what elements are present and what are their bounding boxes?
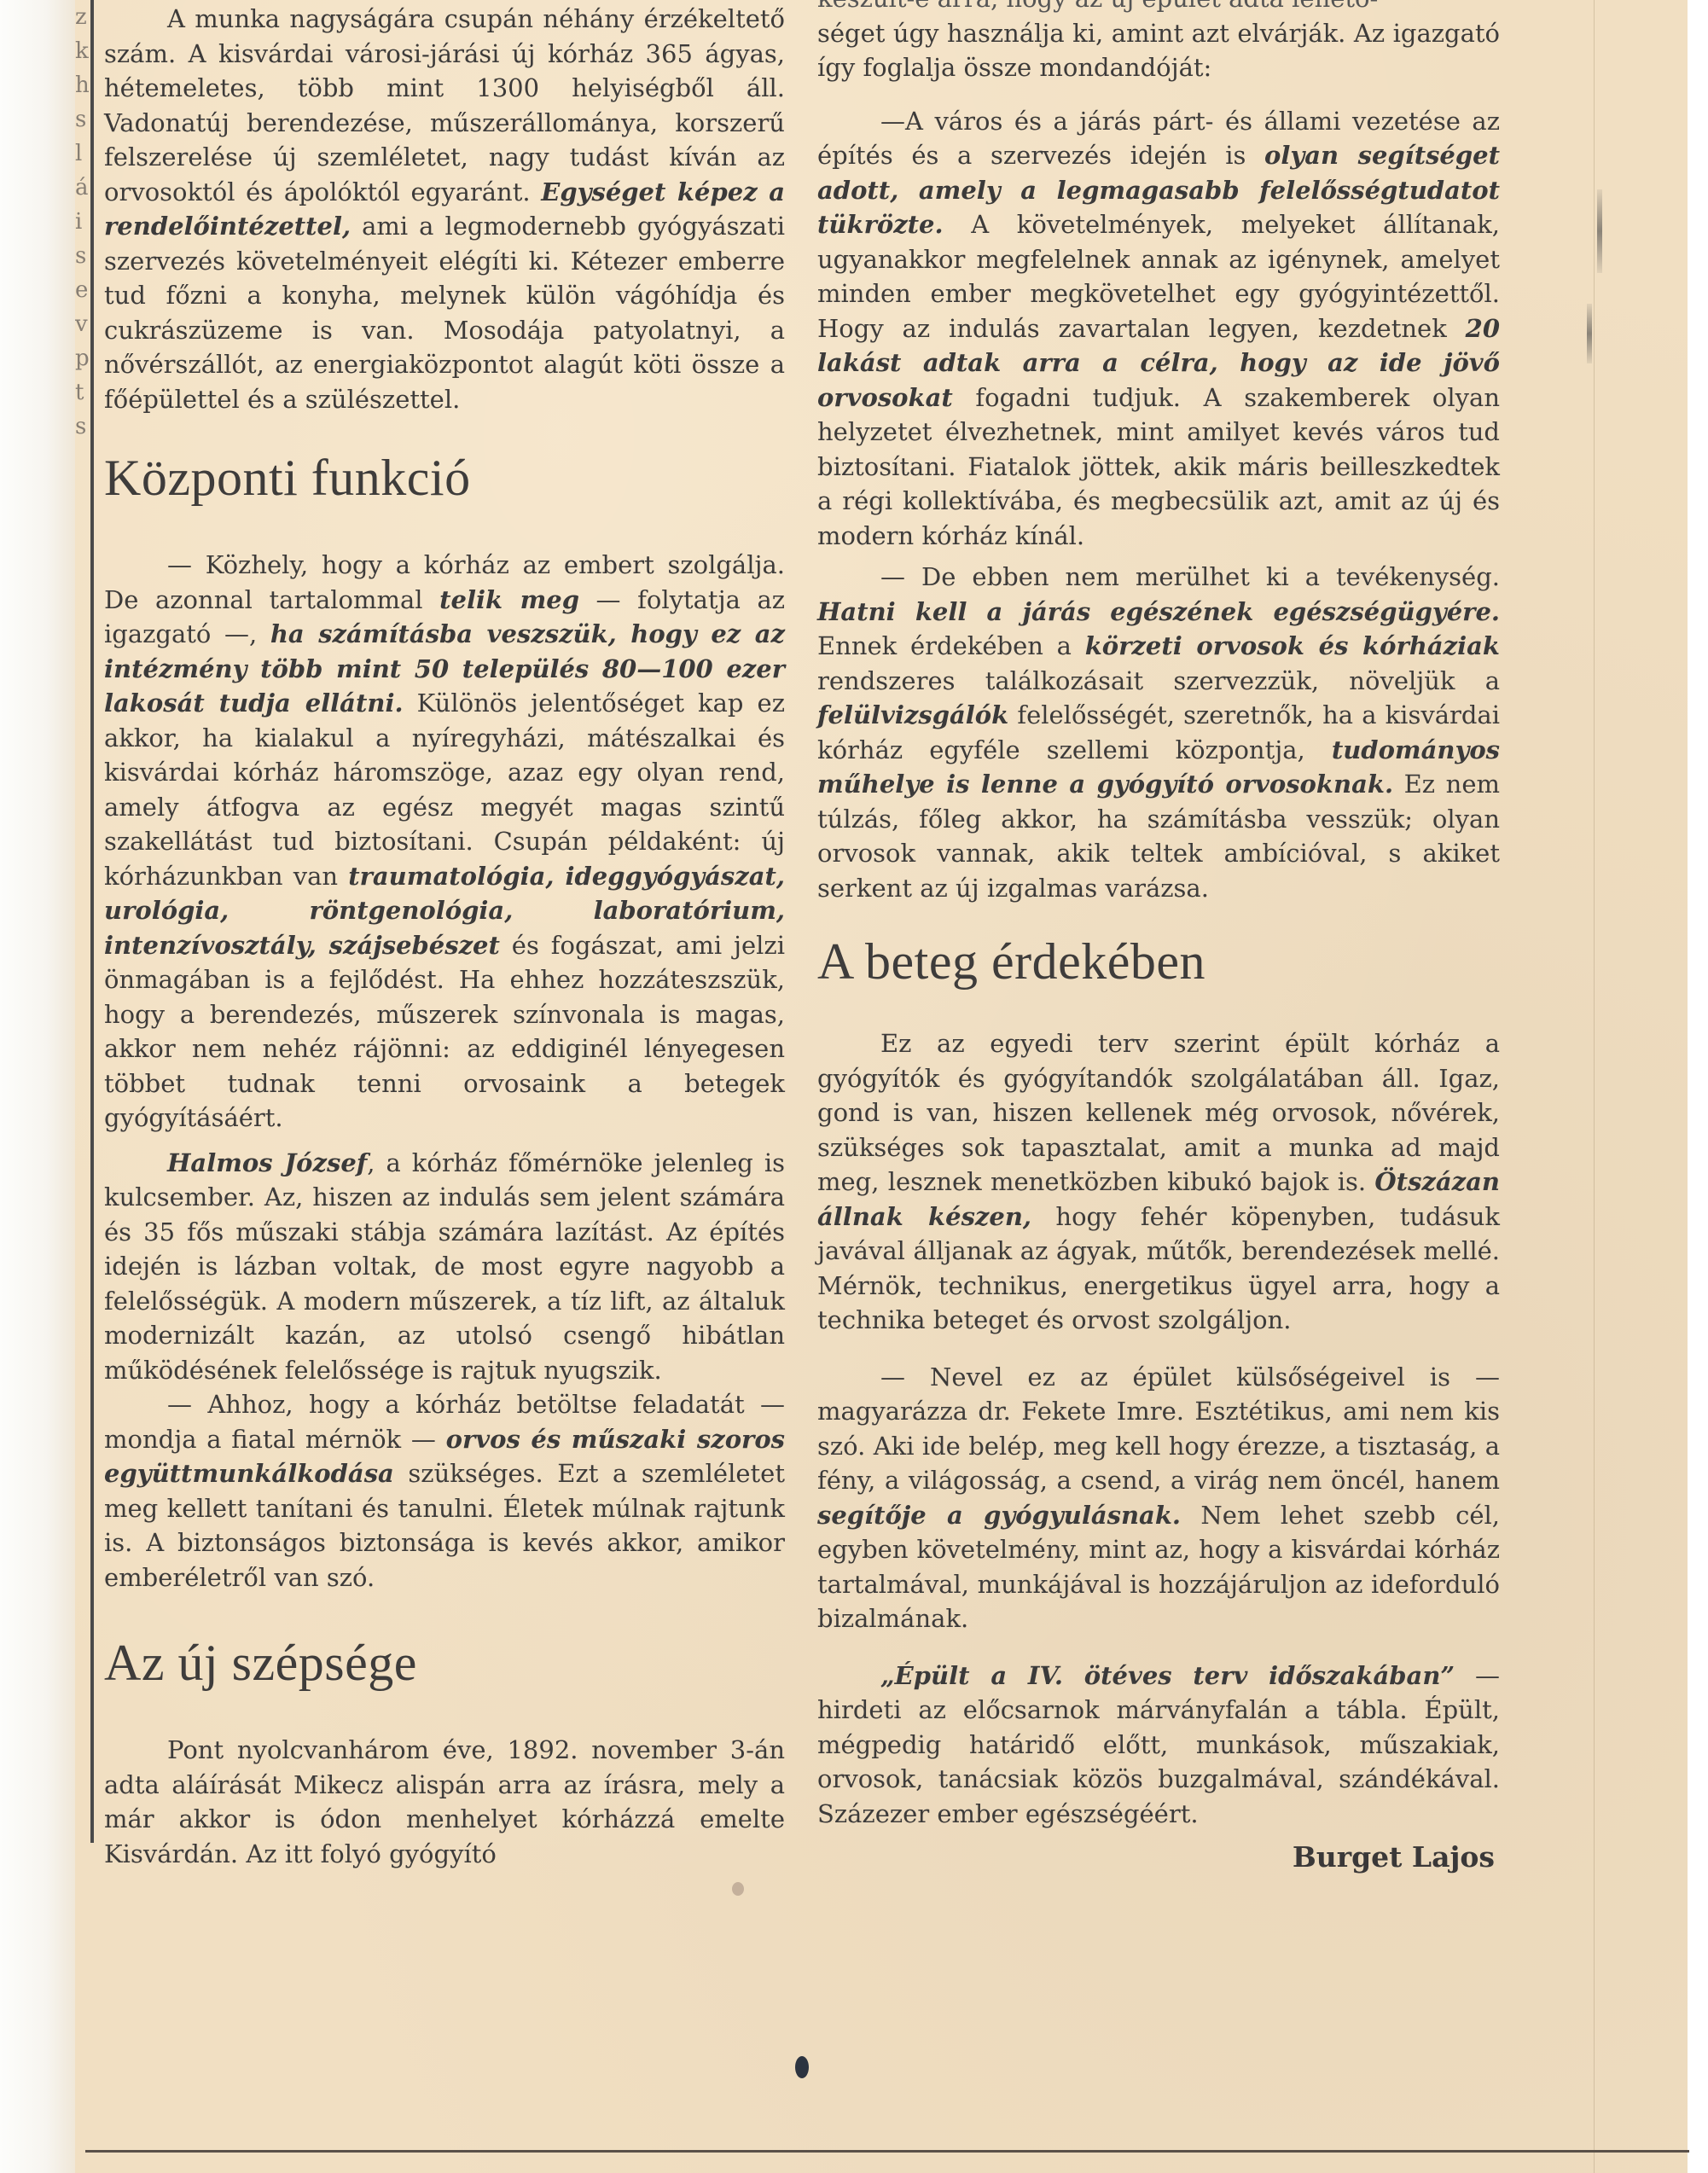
text: rendszeres találkozásait szervezzük, növ… (817, 666, 1500, 695)
emphasis: felülvizsgálók (817, 700, 1008, 729)
emphasis: Hatni kell a járás egészének egészségügy… (817, 597, 1500, 626)
emphasis: körzeti orvosok és kórháziak (1085, 631, 1500, 660)
section-heading: Az új szépsége (104, 1632, 785, 1694)
text: Pont nyolcvanhárom éve, 1892. november 3… (104, 1735, 785, 1868)
paragraph: — Közhely, hogy a kórház az embert szolg… (104, 548, 785, 1136)
emphasis: telik meg (439, 585, 579, 614)
fragment-text: zkhsláisevpts (75, 0, 90, 444)
paragraph: Pont nyolcvanhárom éve, 1892. november 3… (104, 1733, 785, 1871)
section-heading: A beteg érdekében (817, 931, 1500, 992)
text: — De ebben nem merülhet ki a tevékenység… (880, 562, 1500, 591)
emphasis: Halmos József (167, 1148, 367, 1177)
emphasis: „Épült a IV. ötéves terv időszakában” (880, 1661, 1455, 1690)
paragraph: —A város és a járás párt- és állami veze… (817, 104, 1500, 554)
ink-dot (795, 2056, 809, 2078)
pencil-mark (1587, 304, 1592, 363)
text: Különös jelentőséget kap ez akkor, ha ki… (104, 689, 785, 891)
paragraph: — Ahhoz, hogy a kórház betöltse feladatá… (104, 1387, 785, 1595)
scanner-margin (0, 0, 77, 2173)
text: és fogászat, ami jelzi önmagában is a fe… (104, 931, 785, 1133)
column-rule (90, 0, 94, 1843)
article-column-left: A munka nagyságára csupán néhány érzékel… (104, 0, 785, 1871)
emphasis: segítője a gyógyulásnak. (817, 1501, 1181, 1530)
paragraph: A munka nagyságára csupán néhány érzékel… (104, 2, 785, 416)
text: A munka nagyságára csupán néhány érzékel… (104, 4, 785, 206)
paper-fold-line (1594, 0, 1595, 2173)
scanner-margin-right (1688, 0, 1708, 2173)
paragraph: „Épült a IV. ötéves terv időszakában” — … (817, 1659, 1500, 1832)
paragraph: séget úgy használja ki, amint azt elvárj… (817, 16, 1500, 85)
cut-off-line: készült-e arra, hogy az új épület adta l… (817, 0, 1500, 16)
bottom-edge-rule (85, 2150, 1689, 2153)
paragraph: Ez az egyedi terv szerint épült kórház a… (817, 1026, 1500, 1338)
pencil-mark (1597, 189, 1602, 273)
text: , a kórház főmérnöke jelenleg is kulcsem… (104, 1148, 785, 1385)
text: ami a legmodernebb gyógyászati szervezés… (104, 212, 785, 414)
paragraph: — De ebben nem merülhet ki a tevékenység… (817, 560, 1500, 905)
previous-column-fragment: zkhsláisevpts (75, 0, 90, 1843)
article-column-right: készült-e arra, hogy az új épület adta l… (817, 0, 1500, 1879)
section-heading: Központi funkció (104, 447, 785, 508)
text: — Nevel ez az épület külsőségeivel is — … (817, 1362, 1500, 1496)
text: Ennek érdekében a (817, 631, 1085, 660)
paragraph: — Nevel ez az épület külsőségeivel is — … (817, 1360, 1500, 1636)
paper-stain (732, 1882, 744, 1896)
paragraph: Halmos József, a kórház főmérnöke jelenl… (104, 1146, 785, 1388)
author-signature: Burget Lajos (817, 1836, 1500, 1879)
